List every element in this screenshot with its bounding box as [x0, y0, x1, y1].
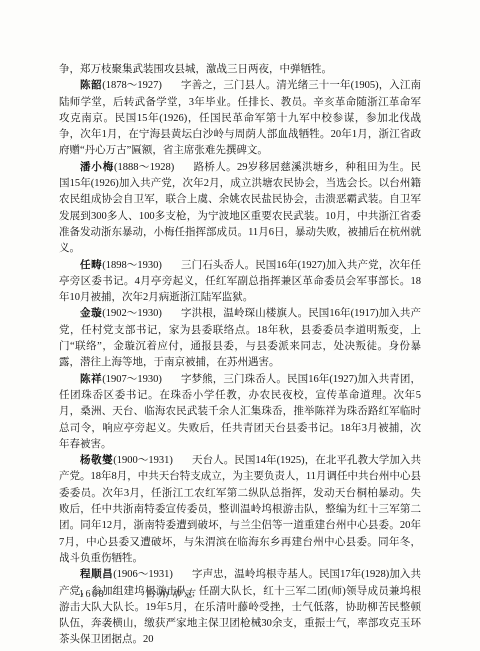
bio-entry: 陈韶(1878～1927)字善之，三门县人。清光绪三十一年(1905)，入江南陆… — [59, 78, 421, 159]
bio-entry: 金璇(1902～1930)字洪根，温岭琛山楼旗人。民国16年(1917)加入共产… — [59, 306, 421, 371]
entry-text: 路桥人。29岁移居慈溪洪塘乡，种租田为生。民国15年(1926)加入共产党，次年… — [59, 162, 421, 254]
entry-name: 陈祥 — [80, 374, 102, 385]
entry-dates: (1907～1930) — [102, 374, 162, 385]
bio-entry: 潘小梅(1888～1928)路桥人。29岁移居慈溪洪塘乡，种租田为生。民国15年… — [59, 160, 421, 258]
entry-text: 天台人。民国14年(1925)，在北平孔教大学加入共产党。18年8月，中共天台特… — [59, 455, 421, 564]
footer-dot-left: · — [69, 588, 72, 598]
entry-dates: (1902～1930) — [102, 308, 162, 319]
continuation-paragraph: 争，郑万枝聚集武装围攻县城，激战三日两夜，中弹牺牲。 — [59, 62, 421, 78]
entry-name: 潘小梅 — [80, 162, 114, 173]
entry-dates: (1878～1927) — [102, 80, 162, 91]
page-number: 1668 — [79, 589, 105, 600]
entry-text: 字善之，三门县人。清光绪三十一年(1905)，入江南陆师学堂，后转武备学堂，3年… — [59, 80, 421, 156]
entry-text: 字梦熊，三门珠岙人。民国16年(1927)加入共青团，任团珠岙区委书记。在珠岙小… — [59, 374, 421, 450]
bio-entry: 任畴(1898～1930)三门石头岙人。民国16年(1927)加入共产党，次年任… — [59, 258, 421, 307]
entry-name: 金璇 — [80, 308, 102, 319]
bio-entry: 程顺昌(1906～1931)字声忠，温岭坞根寺基人。民国17年(1928)加入共… — [59, 567, 421, 648]
entry-name: 程顺昌 — [80, 569, 113, 580]
entry-dates: (1900～1931) — [113, 455, 173, 466]
entry-name: 杨敬燮 — [80, 455, 113, 466]
entry-dates: (1888～1928) — [114, 162, 174, 173]
footer-dot-right: · — [112, 588, 115, 598]
page-footer: ·1668·台州市志 — [69, 586, 197, 601]
entry-text: 字声忠，温岭坞根寺基人。民国17年(1928)加入共产党，参加组建坞根游击队，任… — [59, 569, 421, 645]
entry-dates: (1906～1931) — [113, 569, 173, 580]
entry-dates: (1898～1930) — [102, 260, 162, 271]
book-title: 台州市志 — [145, 589, 197, 600]
bio-entry: 陈祥(1907～1930)字梦熊，三门珠岙人。民国16年(1927)加入共青团，… — [59, 372, 421, 453]
entry-name: 任畴 — [80, 260, 102, 271]
entry-name: 陈韶 — [80, 80, 102, 91]
bio-entry: 杨敬燮(1900～1931)天台人。民国14年(1925)，在北平孔教大学加入共… — [59, 453, 421, 567]
text-block: 争，郑万枝聚集武装围攻县城，激战三日两夜，中弹牺牲。 陈韶(1878～1927)… — [59, 62, 421, 649]
paragraph-text: 争，郑万枝聚集武装围攻县城，激战三日两夜，中弹牺牲。 — [59, 64, 332, 75]
document-page: 争，郑万枝聚集武装围攻县城，激战三日两夜，中弹牺牲。 陈韶(1878～1927)… — [0, 0, 480, 651]
